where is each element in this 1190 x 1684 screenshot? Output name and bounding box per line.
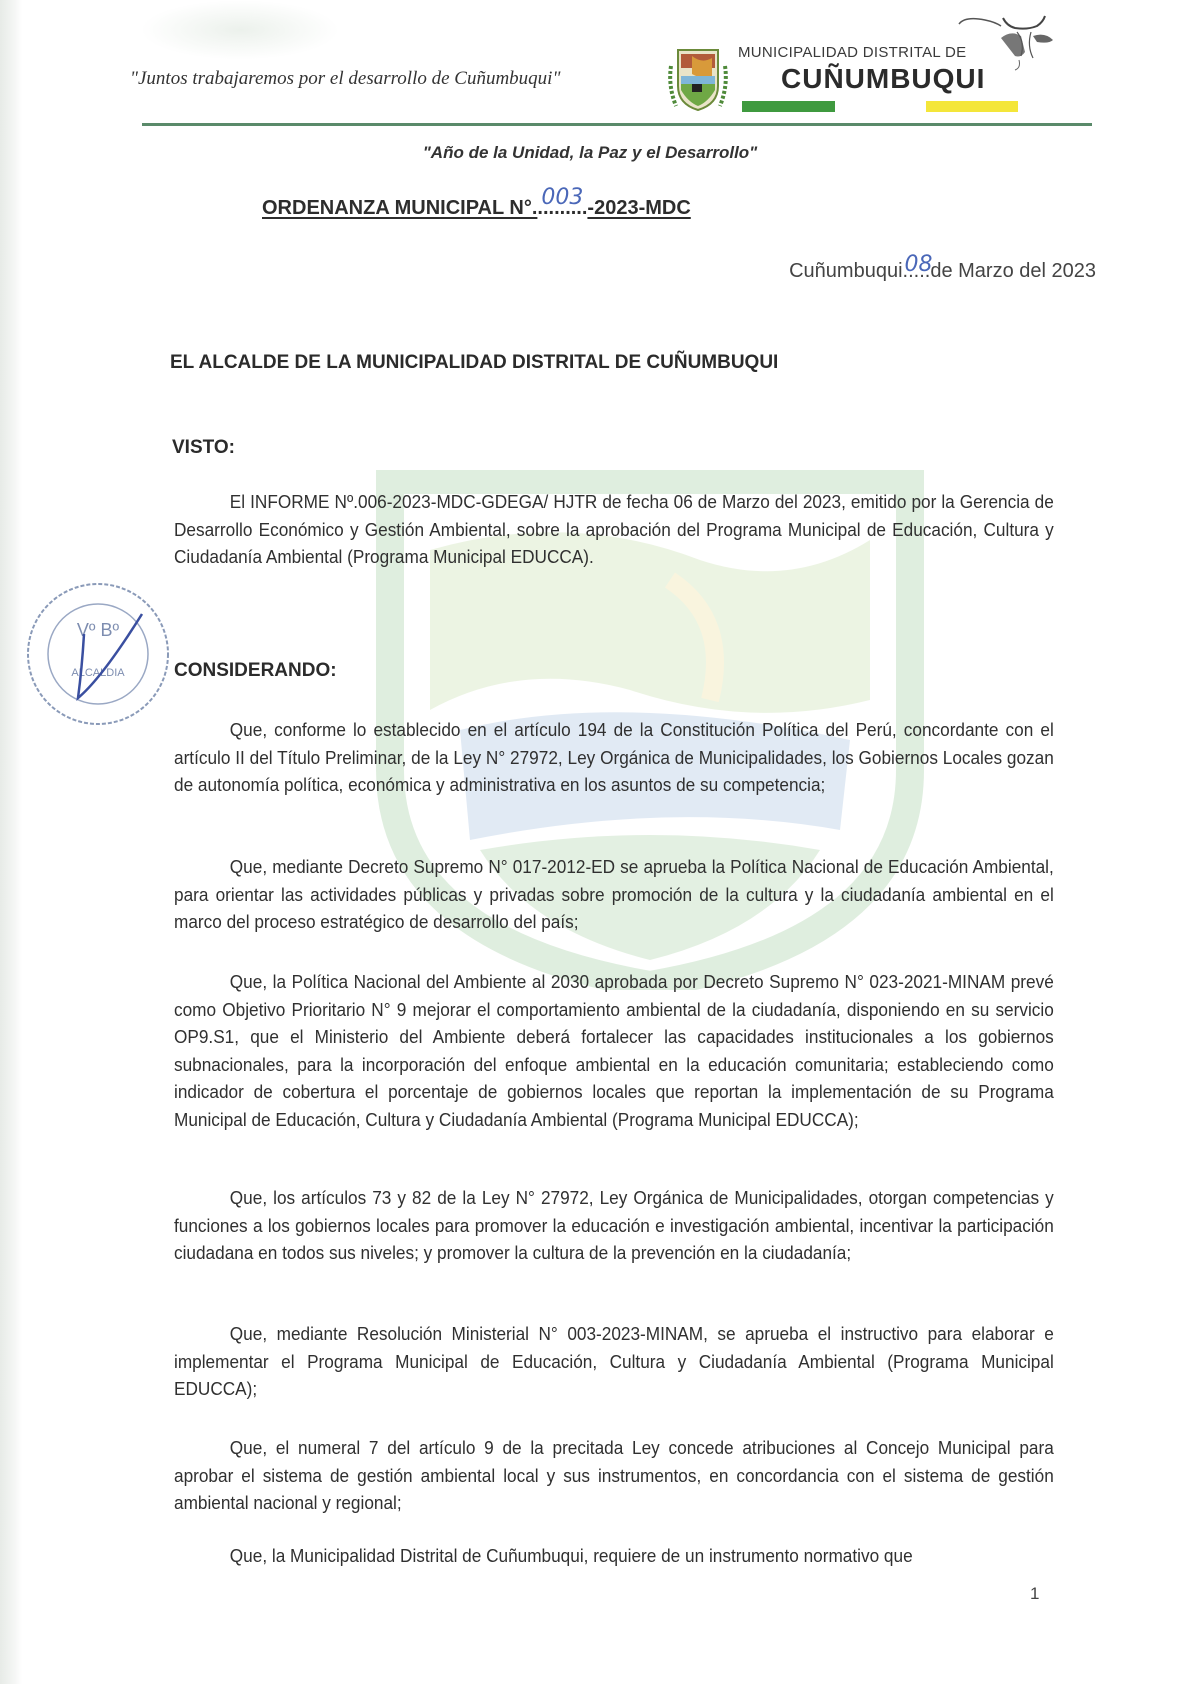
visto-paragraph: El INFORME Nº.006-2023-MDC-GDEGA/ HJTR d… bbox=[174, 488, 1054, 571]
brand-bar-green bbox=[742, 101, 835, 112]
header-divider bbox=[142, 123, 1092, 126]
year-motto: "Año de la Unidad, la Paz y el Desarroll… bbox=[0, 143, 1190, 163]
considerando-paragraph: Que, mediante Decreto Supremo N° 017-201… bbox=[174, 853, 1054, 936]
approval-stamp-icon: Vº Bº ALCALDIA bbox=[22, 578, 174, 730]
brand-bar-yellow bbox=[926, 101, 1018, 112]
considerando-paragraph: Que, mediante Resolución Ministerial N° … bbox=[174, 1320, 1054, 1403]
institution-line1: MUNICIPALIDAD DISTRITAL DE bbox=[738, 44, 966, 61]
ordinance-number: 003 bbox=[541, 185, 583, 210]
ordinance-title: ORDENANZA MUNICIPAL N°..........003-2023… bbox=[262, 197, 691, 220]
authority-heading: EL ALCALDE DE LA MUNICIPALIDAD DISTRITAL… bbox=[170, 352, 778, 374]
date-line: Cuñumbuqui.....08de Marzo del 2023 bbox=[789, 260, 1096, 283]
ordinance-suffix: -2023-MDC bbox=[587, 197, 690, 219]
considerando-paragraph: Que, la Política Nacional del Ambiente a… bbox=[174, 968, 1054, 1133]
date-rest: de Marzo del 2023 bbox=[930, 260, 1096, 282]
cow-head-logo-icon bbox=[955, 12, 1075, 72]
considerando-paragraph: Que, los artículos 73 y 82 de la Ley N° … bbox=[174, 1184, 1054, 1267]
considerando-paragraph: Que, la Municipalidad Distrital de Cuñum… bbox=[174, 1542, 1054, 1570]
scan-smudge bbox=[140, 0, 340, 60]
page-number: 1 bbox=[1030, 1584, 1039, 1604]
crest-logo-icon bbox=[668, 46, 728, 116]
date-day: 08 bbox=[905, 252, 933, 277]
considerando-paragraph: Que, el numeral 7 del artículo 9 de la p… bbox=[174, 1434, 1054, 1517]
visto-heading: VISTO: bbox=[172, 437, 235, 459]
date-place: Cuñumbuqui bbox=[789, 260, 902, 282]
ordinance-prefix: ORDENANZA MUNICIPAL N°. bbox=[262, 197, 537, 219]
considerando-paragraph: Que, conforme lo establecido en el artíc… bbox=[174, 716, 1054, 799]
scan-edge-shadow bbox=[0, 0, 22, 1684]
header-motto: "Juntos trabajaremos por el desarrollo d… bbox=[130, 68, 560, 90]
considerando-heading: CONSIDERANDO: bbox=[174, 660, 337, 682]
